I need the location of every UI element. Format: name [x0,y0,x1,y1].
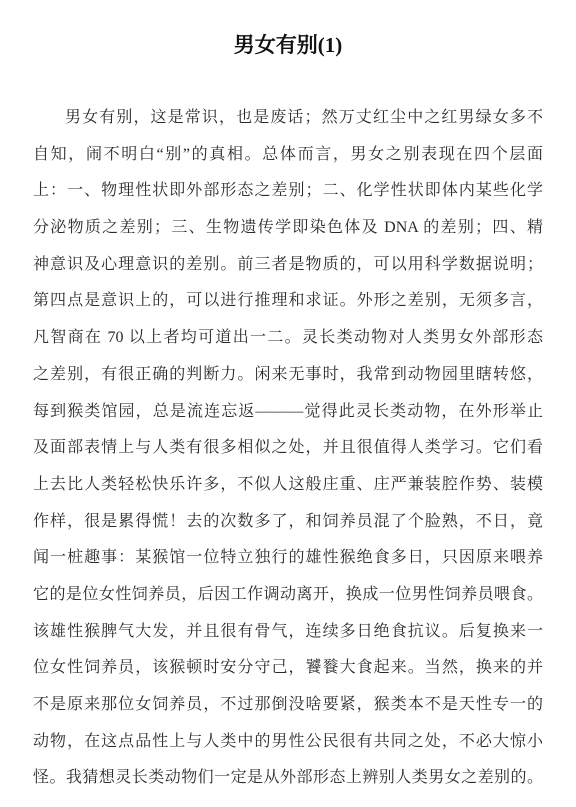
paragraph-line: 不是原来那位女饲养员，不过那倒没啥要紧，猴类本不是天性专一的 [33,687,543,724]
paragraph-line: 及面部表情上与人类有很多相似之处，并且很值得人类学习。它们看 [33,430,543,467]
paragraph-line: 自知，闹不明白“别”的真相。总体而言，男女之别表现在四个层面 [33,137,543,174]
paragraph-line: 作样，很是累得慌！去的次数多了，和饲养员混了个脸熟，不日，竟 [33,504,543,541]
paragraph-line: 第四点是意识上的，可以进行推理和求证。外形之差别，无须多言， [33,283,543,320]
paragraph-line: 位女性饲养员，该猴顿时安分守己，饕餮大食起来。当然，换来的并 [33,650,543,687]
paragraph-line: 分泌物质之差别；三、生物遗传学即染色体及 DNA 的差别；四、精 [33,210,543,247]
document-page: 男女有别(1) 男女有别，这是常识，也是废话；然万丈红尘中之红男绿女多不 自知，… [0,0,576,807]
paragraph-line: 上去比人类轻松快乐许多，不似人这般庄重、庄严兼装腔作势、装模 [33,467,543,504]
paragraph-line: 之差别，有很正确的判断力。闲来无事时，我常到动物园里瞎转悠， [33,357,543,394]
paragraph-line: 怪。我猜想灵长类动物们一定是从外部形态上辨别人类男女之差别的。 [33,760,543,797]
paragraph-line: 该雄性猴脾气大发，并且很有骨气，连续多日绝食抗议。后复换来一 [33,614,543,651]
paragraph-line: 上：一、物理性状即外部形态之差别；二、化学性状即体内某些化学 [33,173,543,210]
document-body: 男女有别，这是常识，也是废话；然万丈红尘中之红男绿女多不 自知，闹不明白“别”的… [33,100,543,797]
paragraph-line: 每到猴类馆园，总是流连忘返———觉得此灵长类动物，在外形举止 [33,394,543,431]
paragraph-line: 动物，在这点品性上与人类中的男性公民很有共同之处，不必大惊小 [33,724,543,761]
paragraph-line: 它的是位女性饲养员，后因工作调动离开，换成一位男性饲养员喂食。 [33,577,543,614]
paragraph-line: 凡智商在 70 以上者均可道出一二。灵长类动物对人类男女外部形态 [33,320,543,357]
paragraph-line: 神意识及心理意识的差别。前三者是物质的，可以用科学数据说明； [33,247,543,284]
page-title: 男女有别(1) [33,33,543,58]
paragraph-line: 男女有别，这是常识，也是废话；然万丈红尘中之红男绿女多不 [33,100,543,137]
paragraph-line: 闻一桩趣事：某猴馆一位特立独行的雄性猴绝食多日，只因原来喂养 [33,540,543,577]
